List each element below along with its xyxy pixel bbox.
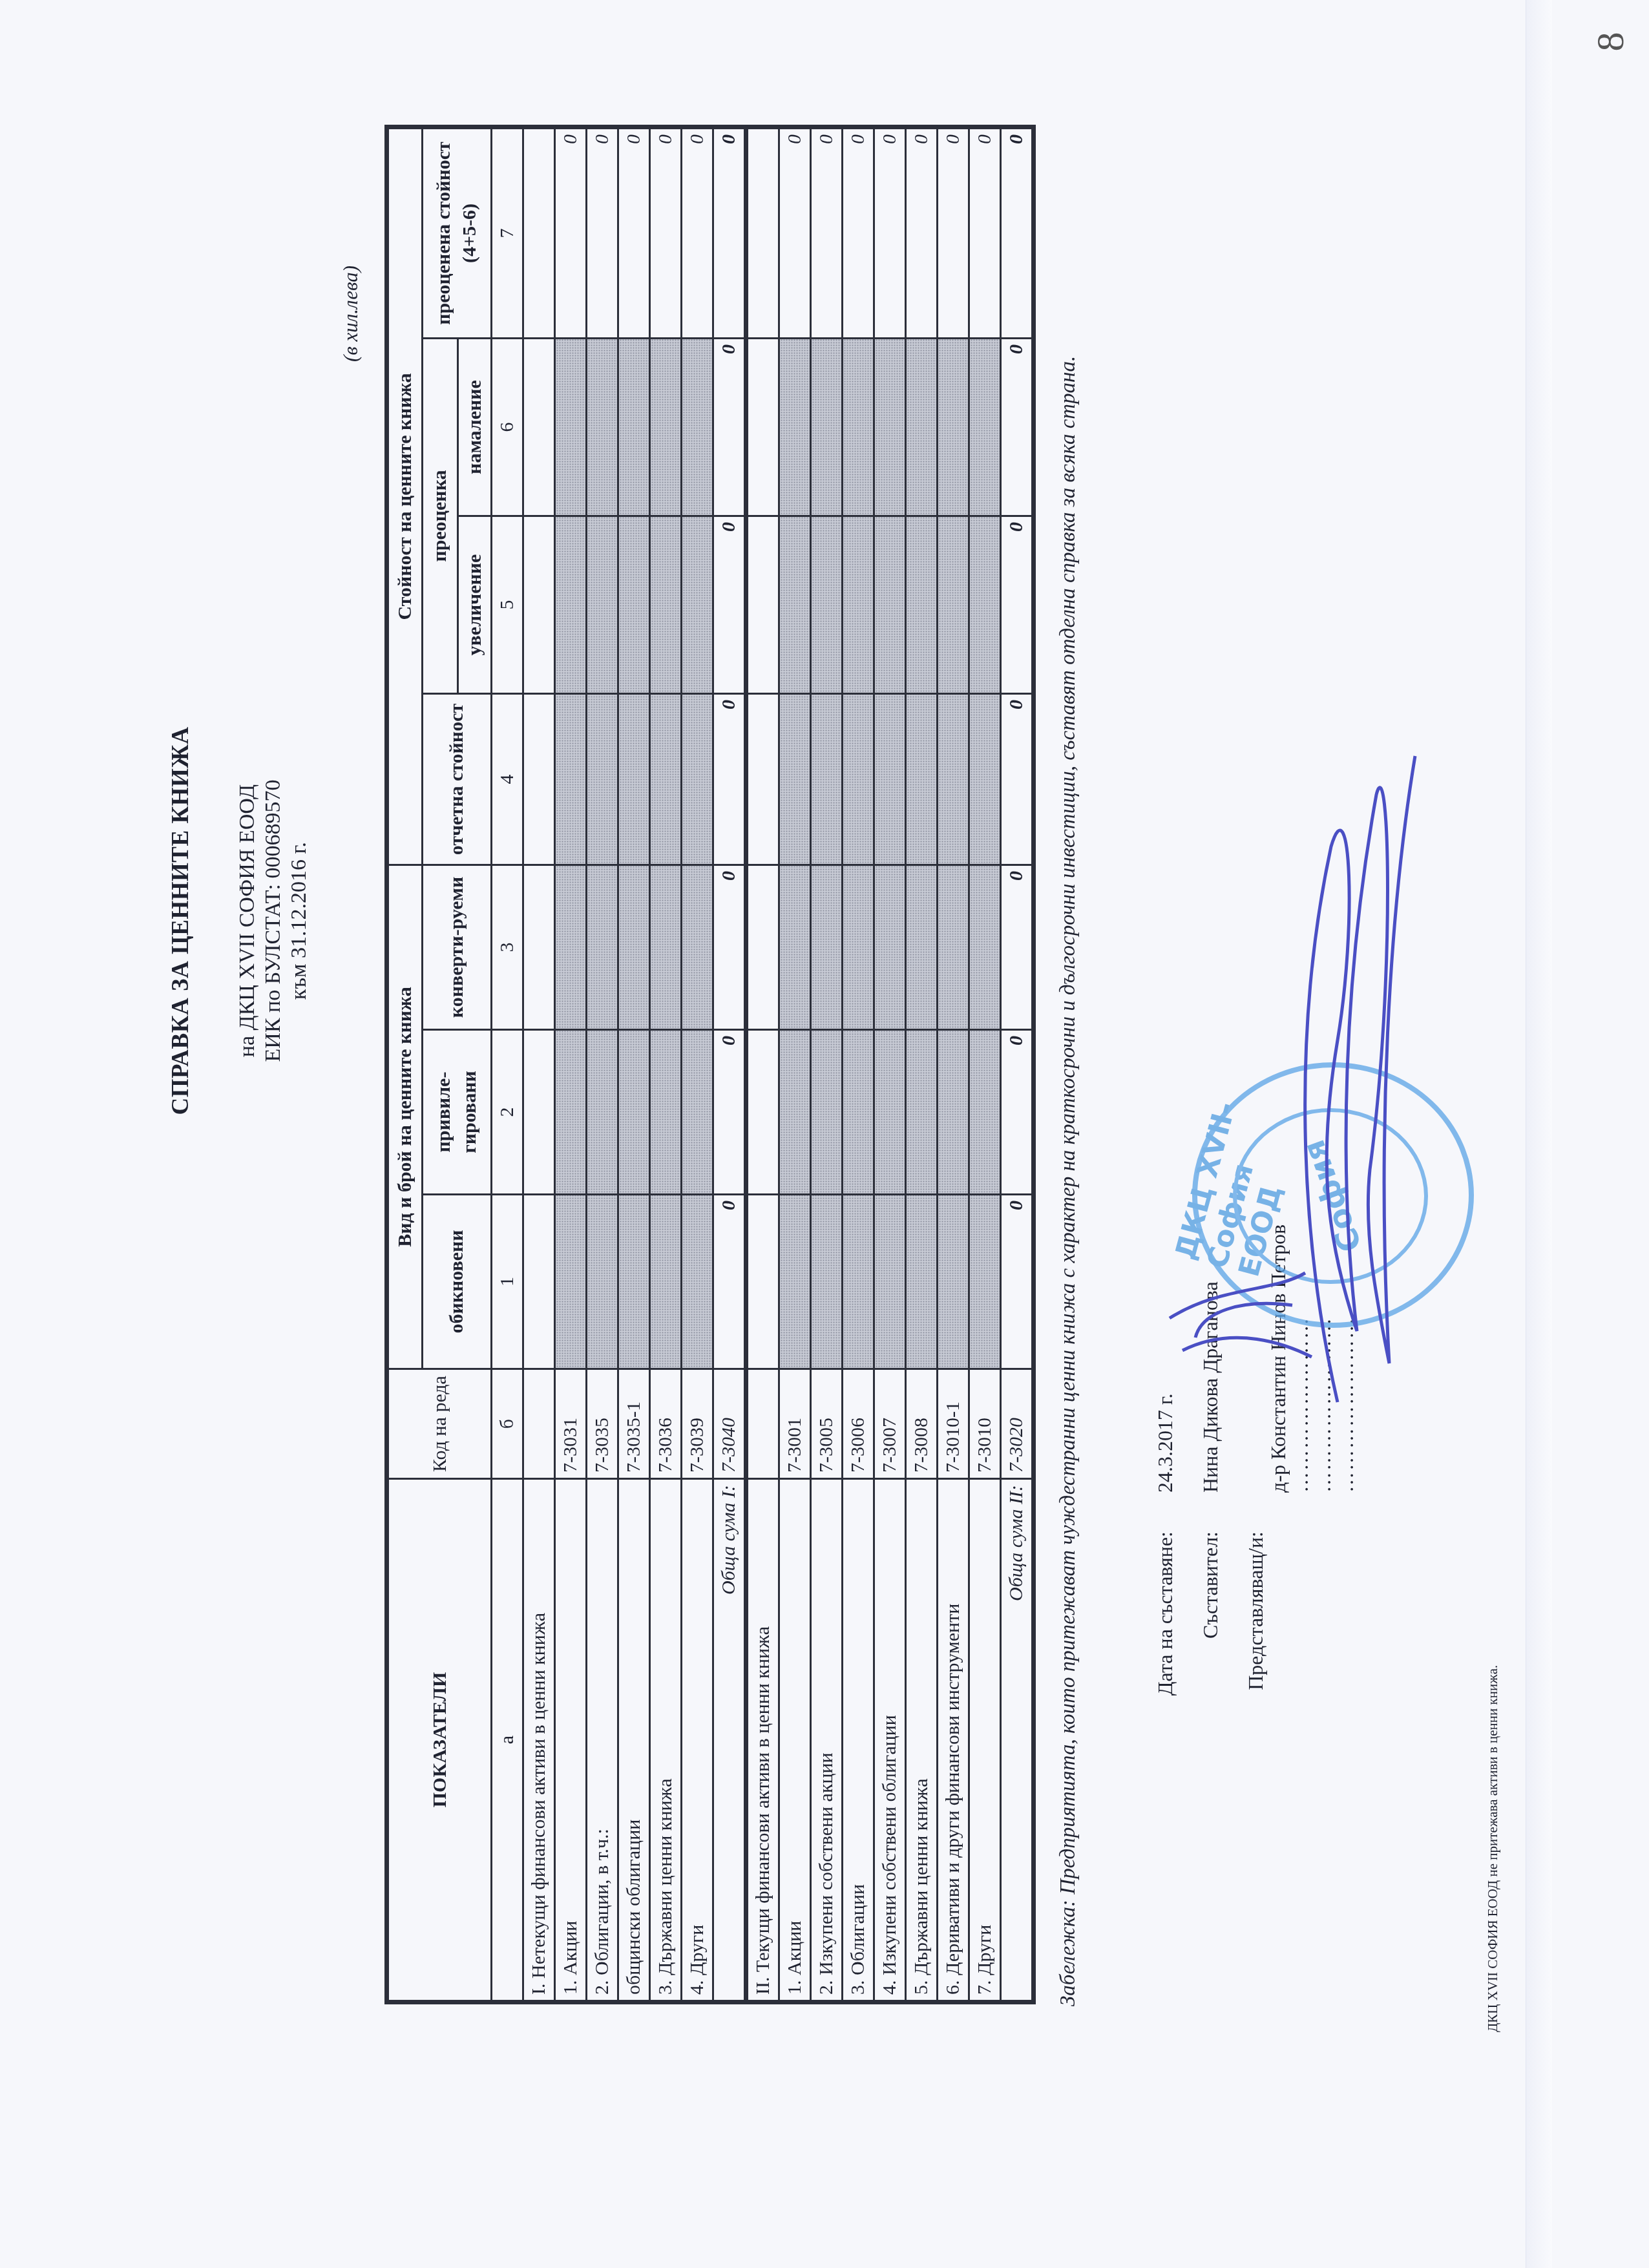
shaded-cell [811,339,843,516]
colnum: а [492,1479,523,2002]
shaded-cell [682,694,713,865]
shaded-cell [682,865,713,1030]
document-title: СПРАВКА ЗА ЦЕННИТЕ КНИЖА [167,598,194,1244]
shaded-cell [938,516,969,694]
header-group-type: Вид и брой на ценните книжа [387,865,423,1369]
shaded-cell [938,1030,969,1195]
header-revalued: преоценена стойност (4+5-6) [423,127,492,338]
total-value: 0 [1001,865,1034,1030]
section-title: II. Текущи финансови активи в ценни книж… [746,1479,779,2002]
header-ordinary: обикновени [423,1195,492,1369]
date-label: Дата на съставяне: [1153,1531,1177,1803]
shaded-cell [682,1030,713,1195]
row-code: 7-3005 [811,1369,843,1479]
shaded-cell [618,694,650,865]
header-decrease: намаление [458,339,492,516]
shaded-cell [969,1030,1001,1195]
shaded-cell [682,516,713,694]
shaded-cell [650,516,682,694]
shaded-cell [779,694,811,865]
shaded-cell [555,516,587,694]
shaded-cell [650,1030,682,1195]
shaded-cell [650,865,682,1030]
row-code: 7-3001 [779,1369,811,1479]
row-label: общински облигации [618,1479,650,2002]
section-noncurrent: I. Нетекущи финансови активи в ценни кни… [523,127,746,2002]
shaded-cell [618,1195,650,1369]
header-privileged: привиле-гировани [423,1030,492,1195]
total-row: Обща сума II: 7-3020 0000000 [1001,127,1034,2002]
revalued-value: 0 [650,127,682,338]
total-value: 0 [1001,339,1034,516]
shaded-cell [587,1195,618,1369]
footnote: Забележка: Предприятията, които притежав… [1053,100,1083,2006]
handwritten-signature [1144,717,1609,1428]
shaded-cell [906,516,938,694]
shaded-cell [811,1030,843,1195]
shaded-cell [779,339,811,516]
table-row: 3. Облигации 7-3006 0 [843,127,874,2002]
shaded-cell [618,339,650,516]
colnum: б [492,1369,523,1479]
shaded-cell [938,694,969,865]
shaded-cell [874,339,906,516]
total-label: Обща сума II: [1001,1479,1034,2002]
shaded-cell [618,865,650,1030]
row-code: 7-3008 [906,1369,938,1479]
total-value: 0 [713,1195,746,1369]
shaded-cell [587,865,618,1030]
section-title-row: II. Текущи финансови активи в ценни книж… [746,127,779,2002]
shaded-cell [555,865,587,1030]
column-numbers-row: а б 1 2 3 4 5 6 7 [492,127,523,2002]
shaded-cell [843,339,874,516]
total-value: 0 [1001,1195,1034,1369]
section-current: II. Текущи финансови активи в ценни книж… [746,127,1034,2002]
shaded-cell [811,516,843,694]
row-code: 7-3035-1 [618,1369,650,1479]
table-row: общински облигации 7-3035-1 0 [618,127,650,2002]
revalued-value: 0 [618,127,650,338]
total-value: 0 [713,694,746,865]
shaded-cell [779,1030,811,1195]
revalued-value: 0 [969,127,1001,338]
shaded-cell [906,1195,938,1369]
table-row: 1. Акции 7-3031 0 [555,127,587,2002]
row-label: 4. Изкупени собствени облигации [874,1479,906,2002]
section-title: I. Нетекущи финансови активи в ценни кни… [523,1479,555,2002]
shaded-cell [811,694,843,865]
shaded-cell [874,865,906,1030]
shaded-cell [969,694,1001,865]
table-row: 7. Други 7-3010 0 [969,127,1001,2002]
shaded-cell [650,1195,682,1369]
shaded-cell [874,1195,906,1369]
shaded-cell [682,339,713,516]
shaded-cell [906,339,938,516]
row-label: 3. Държавни ценни книжа [650,1479,682,2002]
shaded-cell [874,516,906,694]
header-convertible: конверти-руеми [423,865,492,1030]
colnum: 6 [492,339,523,516]
total-value: 0 [1001,1030,1034,1195]
colnum: 2 [492,1030,523,1195]
row-code: 7-3006 [843,1369,874,1479]
footer-note: ДКЦ XVII СОФИЯ ЕООД не притежава активи … [1485,1665,1501,2032]
shaded-cell [969,865,1001,1030]
table-row: 3. Държавни ценни книжа 7-3036 0 [650,127,682,2002]
row-label: 1. Акции [779,1479,811,2002]
header-book-value: отчетна стойност [423,694,492,865]
row-code: 7-3036 [650,1369,682,1479]
total-row: Обща сума I: 7-3040 0000000 [713,127,746,2002]
shaded-cell [843,516,874,694]
shaded-cell [587,339,618,516]
shaded-cell [906,694,938,865]
colnum: 5 [492,516,523,694]
table-row: 5. Държавни ценни книжа 7-3008 0 [906,127,938,2002]
header-revaluation: преоценка [423,339,458,694]
header-group-value: Стойност на ценните книжа [387,127,423,865]
total-value: 0 [1001,694,1034,865]
eik-line: ЕИК по БУЛСТАТ: 000689570 [260,598,286,1244]
colnum: 7 [492,127,523,338]
total-value: 0 [713,516,746,694]
shaded-cell [906,1030,938,1195]
revalued-value: 0 [779,127,811,338]
revalued-value: 0 [874,127,906,338]
title-block: СПРАВКА ЗА ЦЕННИТЕ КНИЖА на ДКЦ XVII СОФ… [167,598,312,1244]
row-code: 7-3031 [555,1369,587,1479]
shaded-cell [811,865,843,1030]
total-value: 0 [713,127,746,338]
total-label: Обща сума I: [713,1479,746,2002]
shaded-cell [906,865,938,1030]
header-increase: увеличение [458,516,492,694]
report-date-line: към 31.12.2016 г. [286,598,312,1244]
shaded-cell [843,865,874,1030]
row-code: 7-3010-1 [938,1369,969,1479]
shaded-cell [969,1195,1001,1369]
row-label: 2. Облигации, в т.ч.: [587,1479,618,2002]
colnum: 1 [492,1195,523,1369]
revalued-value: 0 [555,127,587,338]
revalued-value: 0 [682,127,713,338]
row-label: 3. Облигации [843,1479,874,2002]
shaded-cell [587,1030,618,1195]
row-label: 7. Други [969,1479,1001,2002]
header-code: Код на реда [387,1369,492,1479]
shaded-cell [874,694,906,865]
revalued-value: 0 [843,127,874,338]
compiler-label: Съставител: [1199,1531,1223,1803]
securities-table: ПОКАЗАТЕЛИ Код на реда Вид и брой на цен… [384,125,1036,2004]
total-value: 0 [1001,127,1034,338]
shaded-cell [587,694,618,865]
table-row: 4. Изкупени собствени облигации 7-3007 0 [874,127,906,2002]
table-row: 1. Акции 7-3001 0 [779,127,811,2002]
row-code: 7-3039 [682,1369,713,1479]
shaded-cell [843,1030,874,1195]
shaded-cell [811,1195,843,1369]
colnum: 4 [492,694,523,865]
revalued-value: 0 [906,127,938,338]
shaded-cell [938,339,969,516]
shaded-cell [938,865,969,1030]
shaded-cell [779,516,811,694]
revalued-value: 0 [938,127,969,338]
section-title-row: I. Нетекущи финансови активи в ценни кни… [523,127,555,2002]
shaded-cell [969,516,1001,694]
colnum: 3 [492,865,523,1030]
total-code: 7-3020 [1001,1369,1034,1479]
shaded-cell [587,516,618,694]
shaded-cell [555,1030,587,1195]
shaded-cell [618,516,650,694]
shaded-cell [874,1030,906,1195]
shaded-cell [555,339,587,516]
table-row: 2. Изкупени собствени акции 7-3005 0 [811,127,843,2002]
shaded-cell [650,694,682,865]
total-value: 0 [713,339,746,516]
total-value: 0 [1001,516,1034,694]
representative-label: Представляващ/и: [1244,1531,1268,1803]
shaded-cell [843,1195,874,1369]
document-sheet: СПРАВКА ЗА ЦЕННИТЕ КНИЖА на ДКЦ XVII СОФ… [0,0,1649,2268]
shaded-cell [650,339,682,516]
shaded-cell [779,1195,811,1369]
shaded-cell [969,339,1001,516]
shaded-cell [938,1195,969,1369]
revalued-value: 0 [811,127,843,338]
table-row: 6. Деривативи и други финансови инструме… [938,127,969,2002]
row-label: 5. Държавни ценни книжа [906,1479,938,2002]
header-indicators: ПОКАЗАТЕЛИ [387,1479,492,2002]
shaded-cell [779,865,811,1030]
row-label: 1. Акции [555,1479,587,2002]
row-label: 2. Изкупени собствени акции [811,1479,843,2002]
shaded-cell [555,694,587,865]
company-line: на ДКЦ XVII СОФИЯ ЕООД [235,598,260,1244]
shaded-cell [682,1195,713,1369]
row-code: 7-3035 [587,1369,618,1479]
table-row: 4. Други 7-3039 0 [682,127,713,2002]
row-label: 6. Деривативи и други финансови инструме… [938,1479,969,2002]
total-value: 0 [713,865,746,1030]
table-row: 2. Облигации, в т.ч.: 7-3035 0 [587,127,618,2002]
row-label: 4. Други [682,1479,713,2002]
total-value: 0 [713,1030,746,1195]
revalued-value: 0 [587,127,618,338]
shaded-cell [843,694,874,865]
shaded-cell [555,1195,587,1369]
shaded-cell [618,1030,650,1195]
row-code: 7-3010 [969,1369,1001,1479]
row-code: 7-3007 [874,1369,906,1479]
total-code: 7-3040 [713,1369,746,1479]
units-label: (в хил.лева) [339,266,362,362]
